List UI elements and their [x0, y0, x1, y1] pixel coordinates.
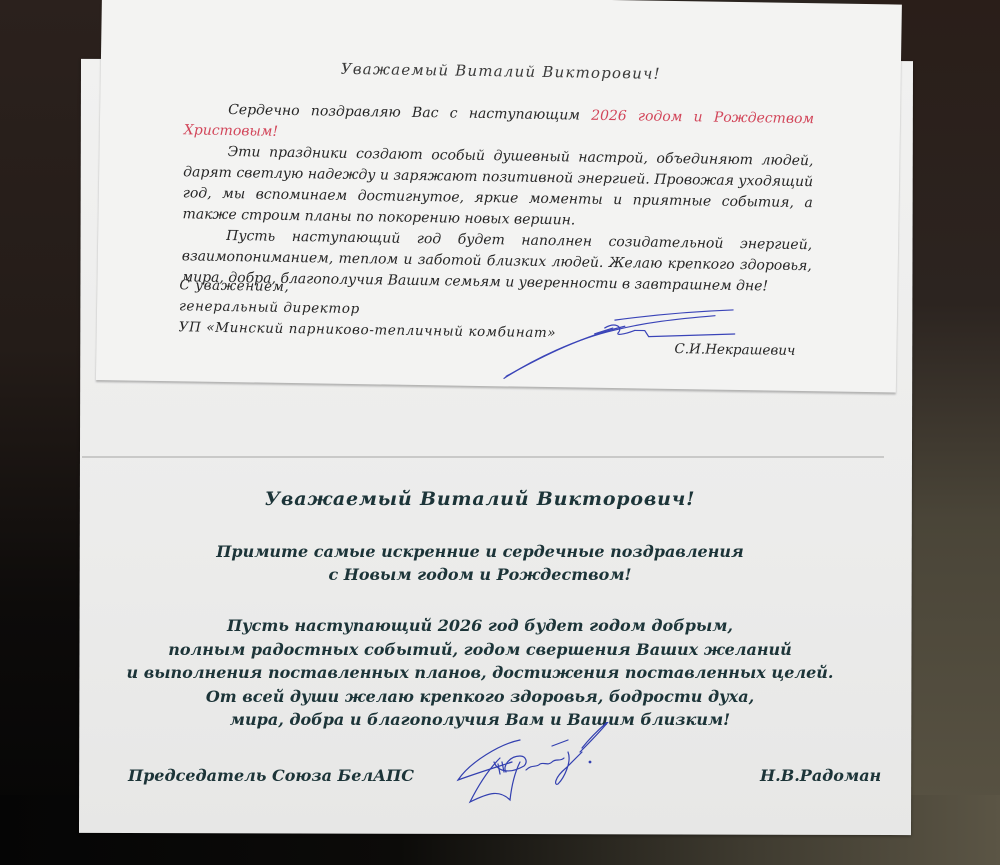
- card-wish-line: Пусть наступающий 2026 год будет годом д…: [80, 614, 880, 638]
- card-signer-name: Н.В.Радоман: [760, 766, 881, 785]
- letter-signer-name: С.И.Некрашевич: [674, 341, 795, 359]
- card-salutation: Уважаемый Виталий Викторович!: [80, 488, 880, 510]
- signature-icon: [440, 722, 620, 812]
- letter-paragraph: Эти праздники создают особый душевный на…: [182, 141, 813, 235]
- card-wishes: Пусть наступающий 2026 год будет годом д…: [80, 614, 880, 732]
- letter: Уважаемый Виталий Викторович! Сердечно п…: [96, 0, 902, 393]
- card-wish-line: От всей души желаю крепкого здоровья, бо…: [80, 685, 880, 709]
- letter-salutation: Уважаемый Виталий Викторович!: [101, 56, 901, 87]
- letter-body: Сердечно поздравляю Вас с наступающим 20…: [181, 99, 814, 298]
- letter-content: Уважаемый Виталий Викторович! Сердечно п…: [96, 0, 902, 393]
- card-intro-line: Примите самые искренние и сердечные позд…: [80, 540, 880, 563]
- card-intro-line: с Новым годом и Рождеством!: [80, 563, 880, 586]
- card-intro: Примите самые искренние и сердечные позд…: [80, 540, 880, 586]
- card-fold-line: [82, 456, 884, 458]
- card-signer-title: Председатель Союза БелАПС: [128, 766, 414, 785]
- letter-text: Сердечно поздравляю Вас с наступающим: [228, 102, 591, 124]
- card-wish-line: и выполнения поставленных планов, достиж…: [80, 661, 880, 685]
- card-wish-line: полным радостных событий, годом свершени…: [80, 638, 880, 662]
